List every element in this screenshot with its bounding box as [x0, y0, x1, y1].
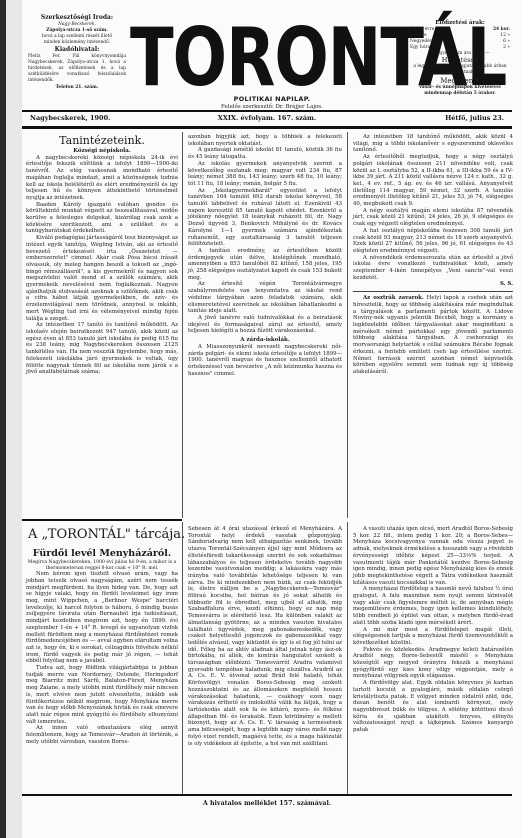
- masthead-rule: [22, 110, 512, 112]
- news-lead: Az osztrák zavarok.: [363, 295, 424, 301]
- article-paragraph: A növendékek érdemsorozata után az értes…: [353, 255, 513, 282]
- appears-text: vasár- és ünnepnapok kivételével mindenn…: [404, 85, 516, 97]
- article-paragraph: A vasuti utazás igen olcsó, mert Aradtól…: [353, 526, 513, 586]
- feuilleton-section-title: A „TORONTÁL" tárcája.: [28, 527, 188, 543]
- author-signature: S. S.: [353, 281, 513, 288]
- article-paragraph: A gazdasági ismétlő iskolát 81 tanuló, k…: [188, 147, 342, 160]
- issue-number: XXIX. évfolyam. 167. szám.: [202, 114, 332, 122]
- column-divider: [347, 132, 348, 518]
- editorial-heading: Szerkesztőségi Iroda:: [22, 14, 132, 22]
- newspaper-page: Szerkesztőségi Iroda: Nagy-Becskerek, Zá…: [22, 0, 522, 838]
- article-paragraph: Sebesen át 4 órai utazással érkező el Me…: [188, 526, 342, 747]
- price-value: 2 »: [503, 45, 510, 51]
- feuilleton-column-3: A vasuti utazás igen olcsó, mert Aradtól…: [353, 526, 513, 734]
- article-paragraph: A jövő tanévre való tudnivalókkal és a b…: [188, 315, 342, 335]
- feuilleton-column-1: Fürdői levél Menyházáról. Megírva Nagybe…: [26, 548, 178, 745]
- phone: Telefon 21. szám.: [22, 85, 132, 91]
- supplement-note: A hivatalos melléklet 157. számával.: [22, 800, 512, 807]
- dateline-rule: [22, 126, 512, 129]
- article-paragraph: azonban bigyjük azt, hogy a többiek a fe…: [188, 134, 342, 147]
- article-paragraph: Az intézetben 17 tanító és tanítónő műkö…: [26, 322, 178, 376]
- article-paragraph: Fekvés és közlekedés. Aradmegye keleti h…: [353, 647, 513, 681]
- column-divider: [347, 522, 348, 794]
- day-date: Hétfő, julius 23.: [445, 114, 504, 122]
- section-rule: [22, 519, 182, 521]
- publisher-heading: Kiadóhivatal:: [22, 46, 132, 54]
- article-paragraph: Az innen való odautazásra elég annyit fe…: [26, 725, 178, 745]
- article-separator: [353, 291, 513, 292]
- article-continuation-right: Az intézetben 18 tanítónő működött, akik…: [353, 134, 513, 376]
- article-paragraph: Kiváló pedagógiai jártasságáról tesz biz…: [26, 235, 178, 322]
- news-item: Az osztrák zavarok. Helyi lapok a csehek…: [353, 295, 513, 375]
- article-paragraph: A menyházai fürdőtelep a hasonló nevű fa…: [353, 586, 513, 626]
- article-paragraph: Az „Iskolagyermekbarát" egyesület a lefo…: [188, 188, 342, 248]
- article-subtitle: Községi népiskola.: [26, 148, 178, 155]
- article-continuation-middle: azonban bigyjük azt, hogy a többiek a fe…: [188, 134, 342, 377]
- price-label: Egy hóra: [410, 45, 430, 51]
- article-paragraph: A fürdővölgy alat. Egyik oldalán könyvne…: [353, 680, 513, 734]
- bottom-rule: [22, 794, 512, 796]
- dateline: Nagybecskerek, 1900. XXIX. évfolyam. 167…: [22, 114, 512, 124]
- column-divider: [182, 132, 183, 518]
- feuilleton-title: Fürdői levél Menyházáról.: [26, 548, 178, 560]
- editorial-note: hová a lap szellemi részét illető minden…: [22, 34, 132, 46]
- article-paragraph: A nagybecskereki községi népiskola 24-ik…: [26, 155, 178, 202]
- article-paragraph: Tudva azt, hogy földünk világjártabbjai …: [26, 665, 178, 725]
- article-tanintezeteink: Tanintézeteink. Községi népiskola. A nag…: [26, 134, 178, 376]
- article-paragraph: Az értesítőből megtudjuk, hogy a négy os…: [353, 154, 513, 208]
- section-subheading: A zárda-iskolák.: [188, 337, 342, 344]
- article-paragraph: Nem kérem igen tisztelt olvasó urám, vag…: [26, 571, 178, 665]
- appears-heading: Megjelenik: [404, 78, 516, 85]
- article-paragraph: Az iskolás gyermekek anyanyelvük szerint…: [188, 161, 342, 188]
- subscription-box: Előfizetési árak: Egész évre24 kor. Félé…: [404, 20, 516, 97]
- newspaper-subtitle: POLITIKAI NAPILAP.: [172, 95, 372, 103]
- newspaper-title: TORONTÁL: [130, 16, 400, 101]
- feuilleton-column-2: Sebesen át 4 órai utazással érkező el Me…: [188, 526, 342, 747]
- ads-heading: Hirdetések: [404, 57, 516, 64]
- article-paragraph: A Miasszonyunkról nevezett nagybecskerek…: [188, 344, 342, 378]
- publisher-text: Pleitz Fer. Pál könyvnyomdája Nagybecske…: [22, 54, 132, 84]
- article-paragraph: A négy osztályú magán elemi iskolába 87 …: [353, 208, 513, 228]
- scan-edge-light: [6, 0, 22, 838]
- article-paragraph: Baaden Károly igazgató valóban gondos és…: [26, 202, 178, 236]
- article-paragraph: Az intézetben 18 tanítónő működött, akik…: [353, 134, 513, 154]
- article-paragraph: A tanítási eredmény, az értesítőben közö…: [188, 248, 342, 282]
- prices-heading: Előfizetési árak:: [404, 20, 516, 27]
- article-paragraph: A mi már most a fürdőtelepet magát illet…: [353, 627, 513, 647]
- article-paragraph: Az értesítő végén Torontálvármegye szabá…: [188, 281, 342, 315]
- editorial-office-box: Szerkesztőségi Iroda: Nagy-Becskerek, Zá…: [22, 14, 132, 91]
- feuilleton-dateline: Megírva Nagybecskereken, 1900 évi julius…: [26, 560, 178, 571]
- news-text: Helyi lapok a csehek után azt híreszteli…: [353, 295, 513, 375]
- article-title: Tanintézeteink.: [26, 134, 178, 148]
- place-year: Nagybecskerek, 1900.: [30, 114, 110, 122]
- ads-text: a legjutányosabban tegjutányosabb árban …: [404, 64, 516, 76]
- article-paragraph: A hat osztályú népiskolába összesen 308 …: [353, 228, 513, 255]
- column-divider: [182, 522, 183, 794]
